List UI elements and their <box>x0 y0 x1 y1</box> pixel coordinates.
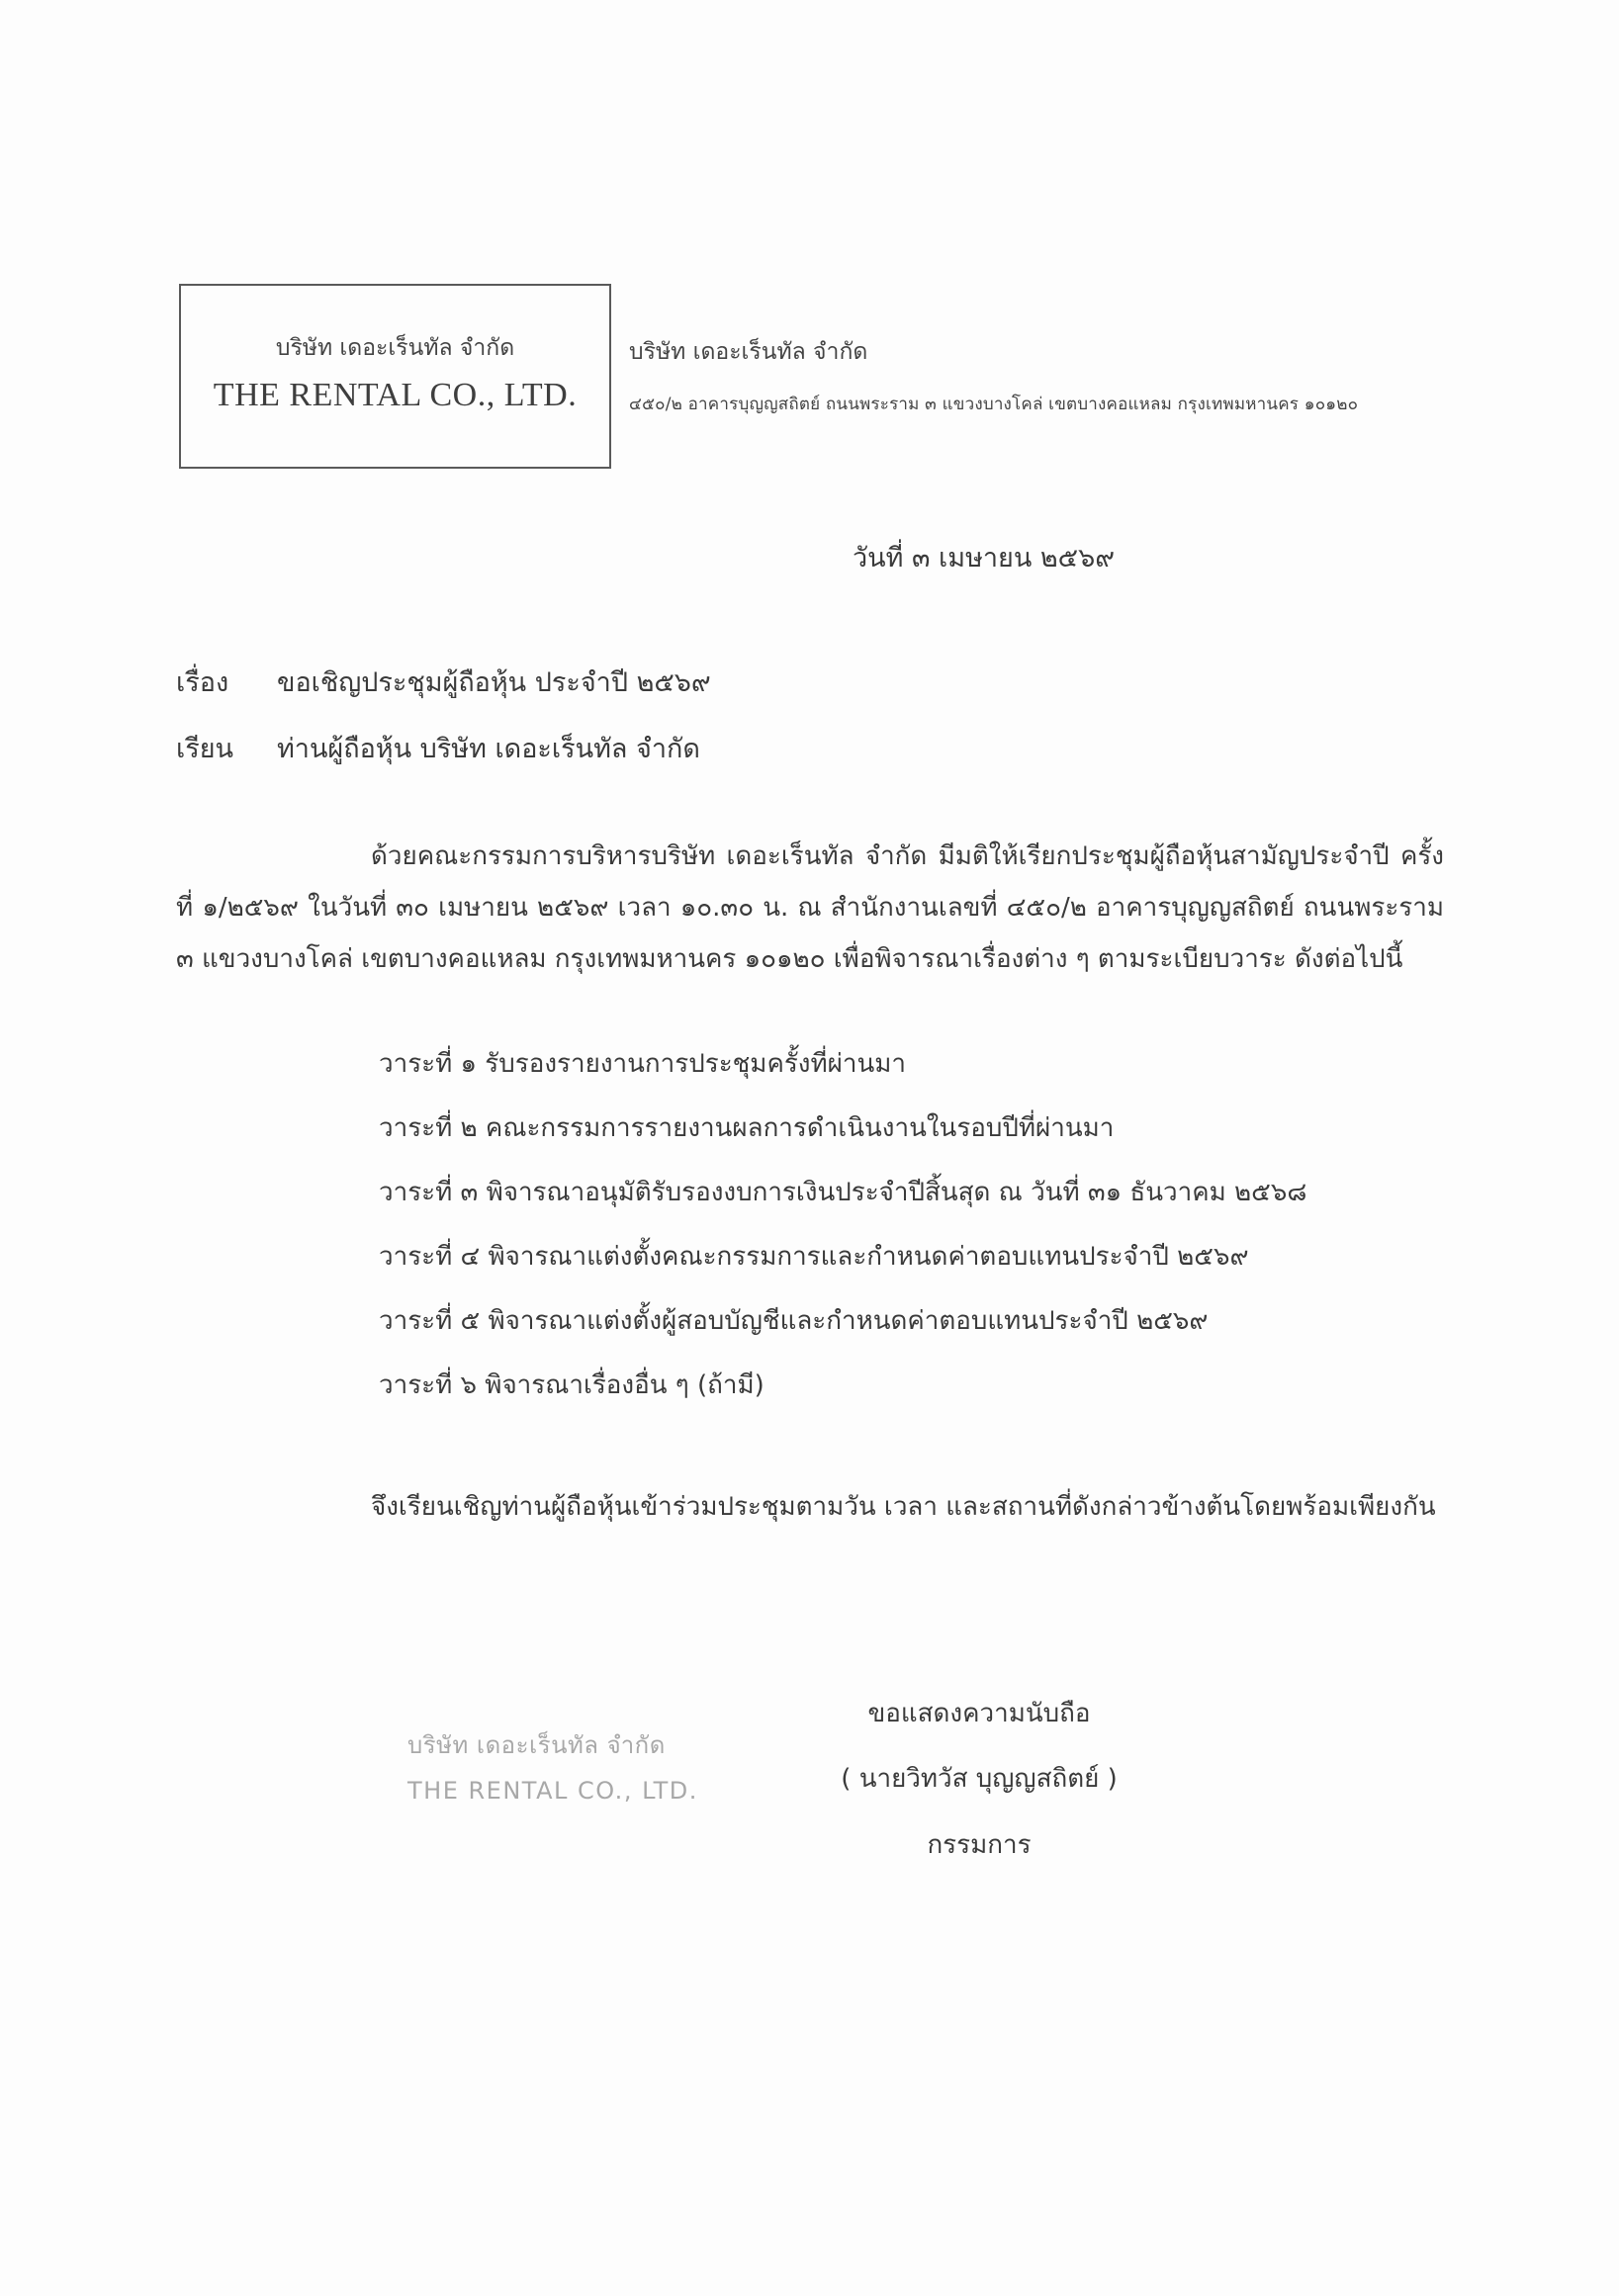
company-logo-box: บริษัท เดอะเร็นทัล จำกัด THE RENTAL CO.,… <box>179 284 611 469</box>
company-stamp: บริษัท เดอะเร็นทัล จำกัด THE RENTAL CO.,… <box>407 1722 698 1813</box>
letter-date: วันที่ ๓ เมษายน ๒๕๖๙ <box>853 536 1115 578</box>
letterhead-company-name: บริษัท เดอะเร็นทัล จำกัด <box>629 334 867 370</box>
recipient-value: ท่านผู้ถือหุ้น บริษัท เดอะเร็นทัล จำกัด <box>277 727 700 769</box>
signature-salutation: ขอแสดงความนับถือ <box>781 1693 1177 1733</box>
subject-label: เรื่อง <box>176 661 228 703</box>
agenda-item: วาระที่ ๖ พิจารณาเรื่องอื่น ๆ (ถ้ามี) <box>379 1360 1306 1424</box>
stamp-thai: บริษัท เดอะเร็นทัล จำกัด <box>407 1722 698 1768</box>
intro-paragraph: ด้วยคณะกรรมการบริหารบริษัท เดอะเร็นทัล จ… <box>176 831 1444 985</box>
agenda-item: วาระที่ ๕ พิจารณาแต่งตั้งผู้สอบบัญชีและก… <box>379 1295 1306 1360</box>
logo-english-name: THE RENTAL CO., LTD. <box>181 377 609 414</box>
stamp-english: THE RENTAL CO., LTD. <box>407 1768 698 1813</box>
signature-title: กรรมการ <box>781 1824 1177 1865</box>
signature-name: ( นายวิทวัส บุญญสถิตย์ ) <box>781 1758 1177 1799</box>
letterhead-address: ๔๕๐/๒ อาคารบุญญสถิตย์ ถนนพระราม ๓ แขวงบา… <box>629 391 1358 417</box>
closing-paragraph: จึงเรียนเชิญท่านผู้ถือหุ้นเข้าร่วมประชุม… <box>176 1480 1444 1535</box>
subject-value: ขอเชิญประชุมผู้ถือหุ้น ประจำปี ๒๕๖๙ <box>277 661 711 703</box>
agenda-item: วาระที่ ๒ คณะกรรมการรายงานผลการดำเนินงาน… <box>379 1103 1306 1167</box>
agenda-item: วาระที่ ๑ รับรองรายงานการประชุมครั้งที่ผ… <box>379 1038 1306 1103</box>
agenda-item: วาระที่ ๓ พิจารณาอนุมัติรับรองงบการเงินป… <box>379 1167 1306 1231</box>
agenda-list: วาระที่ ๑ รับรองรายงานการประชุมครั้งที่ผ… <box>379 1038 1306 1424</box>
agenda-item: วาระที่ ๔ พิจารณาแต่งตั้งคณะกรรมการและกำ… <box>379 1231 1306 1295</box>
recipient-label: เรียน <box>176 727 233 769</box>
logo-thai-name: บริษัท เดอะเร็นทัล จำกัด <box>181 330 609 366</box>
